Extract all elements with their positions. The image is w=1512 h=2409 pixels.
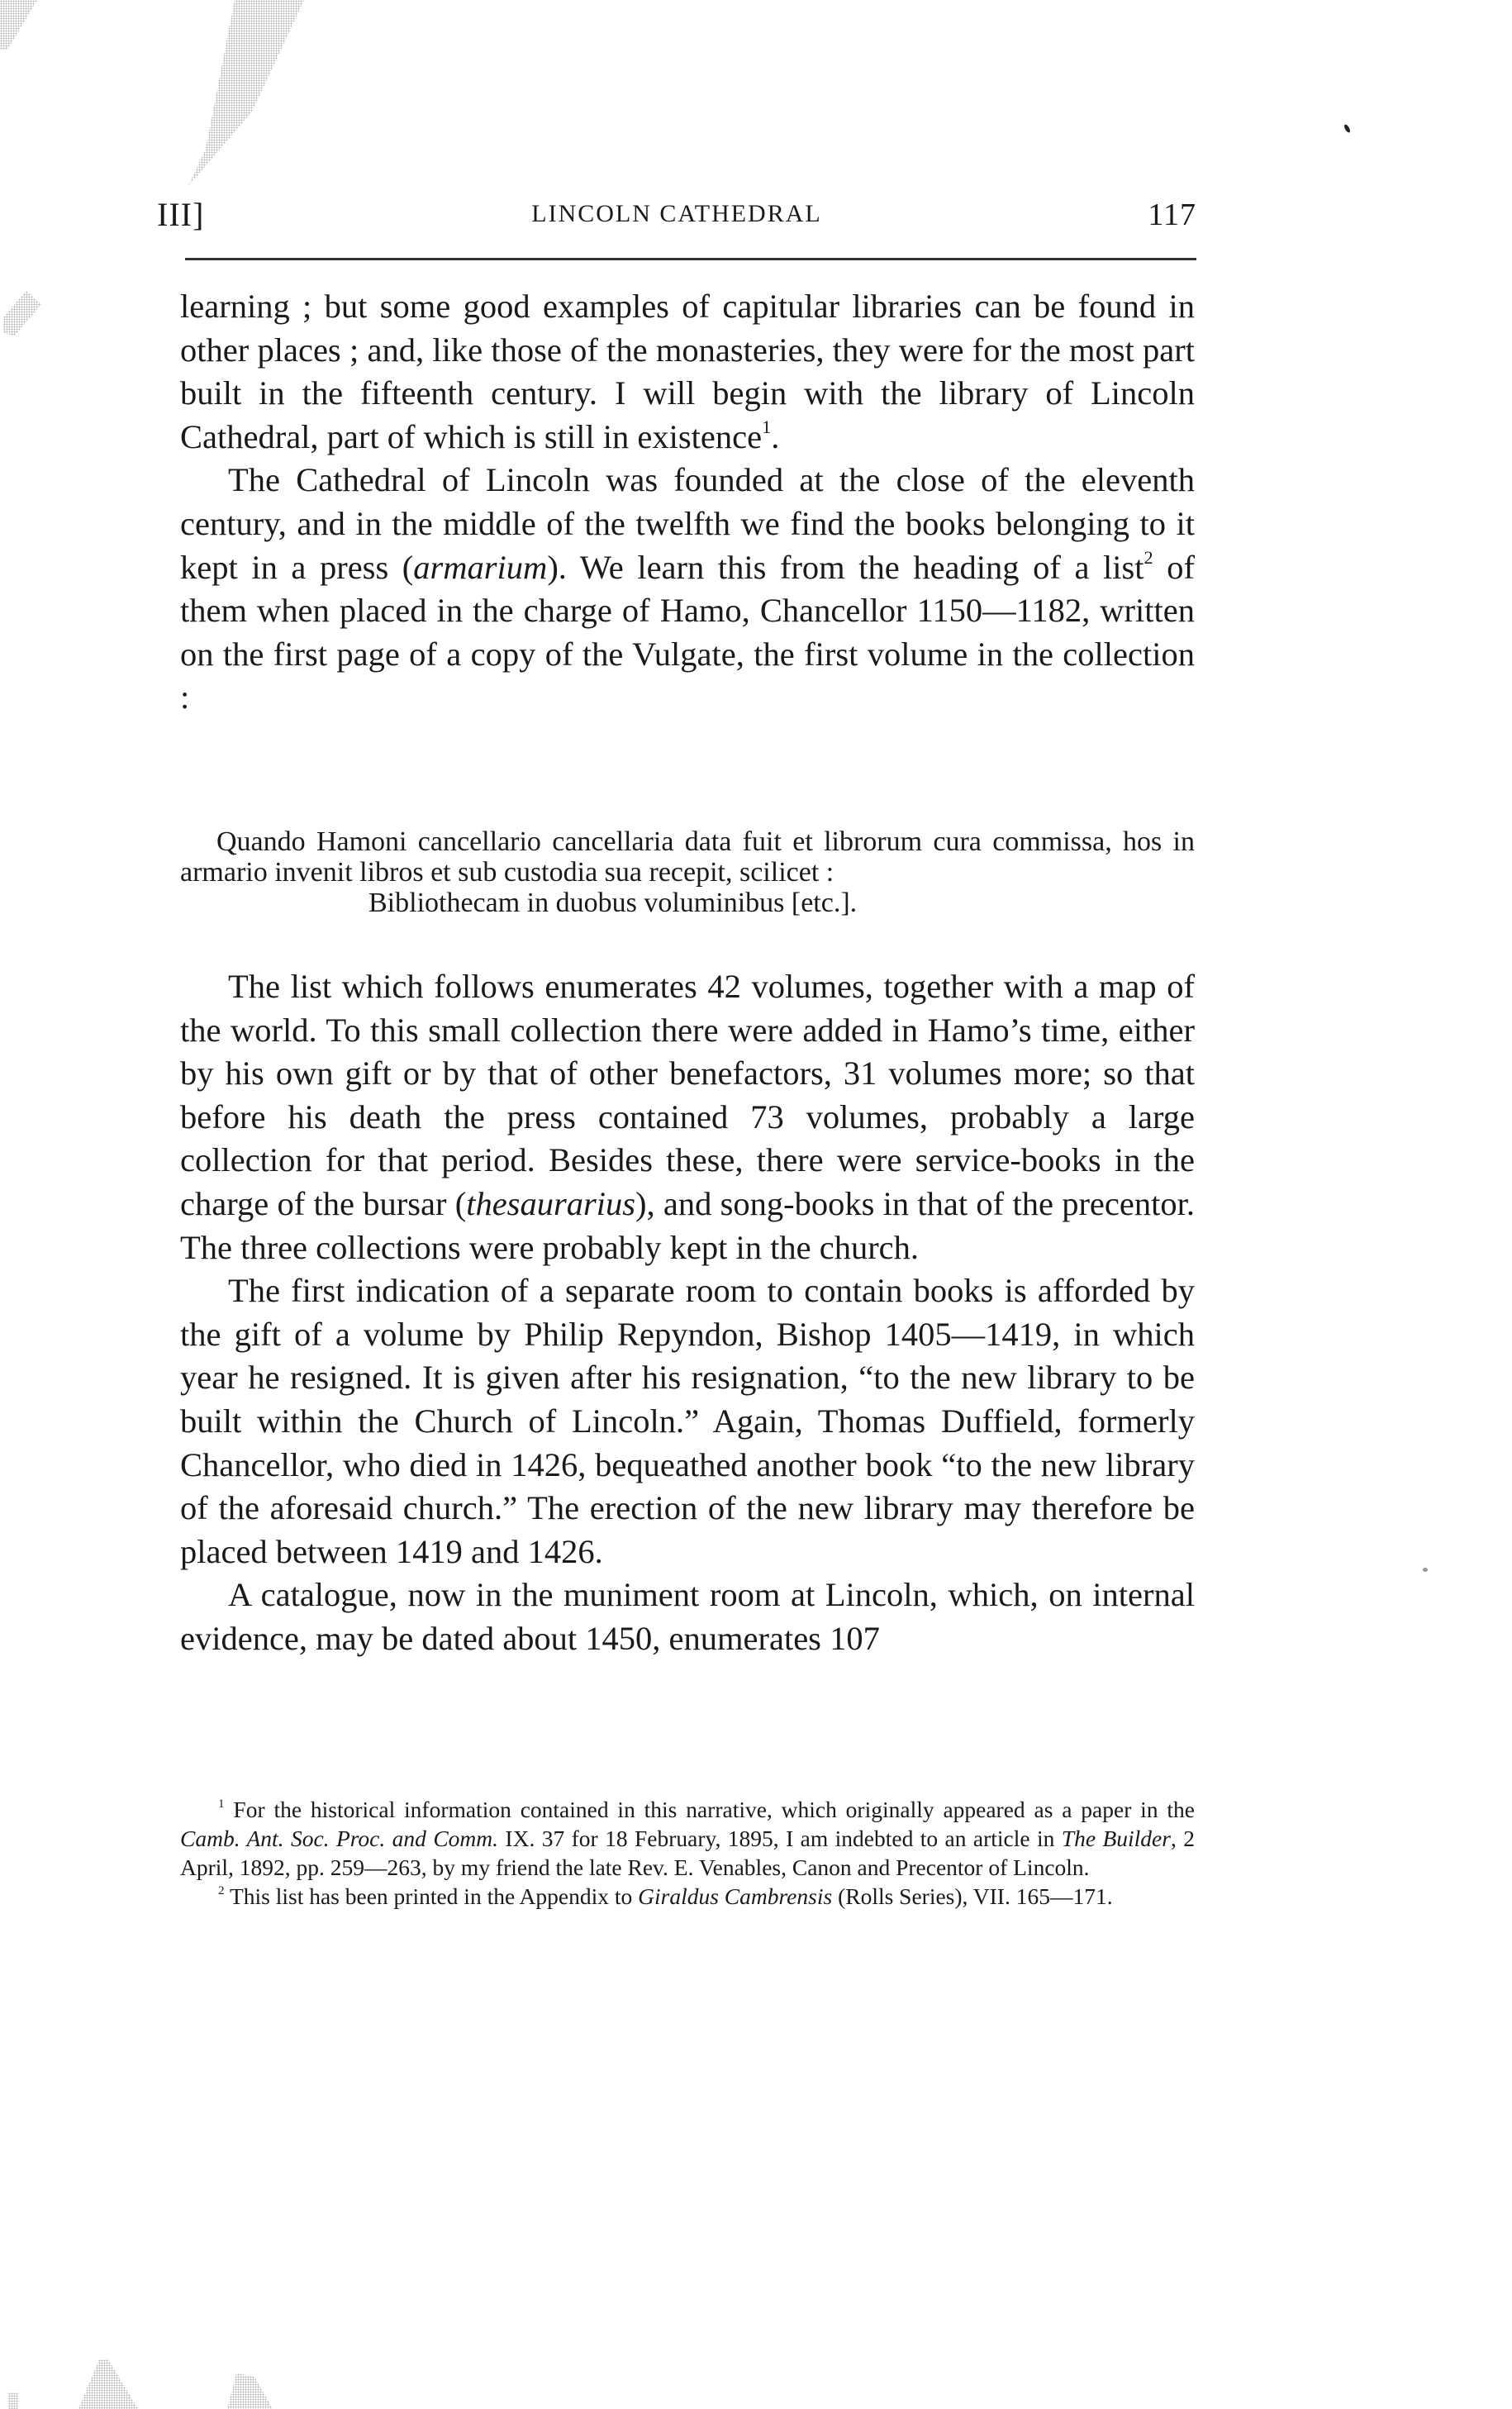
footnote-1-text-b: IX. 37 for 18 February, 1895, I am indeb… bbox=[498, 1826, 1062, 1851]
paragraph-3: The list which follows enumerates 42 vol… bbox=[180, 965, 1195, 1269]
paragraph-1-text: learning ; but some good examples of cap… bbox=[180, 288, 1195, 455]
scan-speck-top-right bbox=[1343, 123, 1352, 133]
scan-smudge-bottom-2 bbox=[78, 2359, 138, 2409]
scan-smudge-top bbox=[188, 0, 304, 186]
footnote-1-text-a: For the historical information contained… bbox=[233, 1797, 1195, 1822]
header-rule bbox=[185, 258, 1196, 260]
quotation-line-1: Quando Hamoni cancellario cancellaria da… bbox=[180, 826, 1195, 888]
running-title: LINCOLN CATHEDRAL bbox=[157, 200, 1196, 228]
scan-speck-right-margin bbox=[1423, 1568, 1428, 1572]
scan-smudge-top-left-edge bbox=[0, 0, 37, 50]
latin-quotation: Quando Hamoni cancellario cancellaria da… bbox=[180, 826, 1195, 918]
scan-smudge-left-margin bbox=[3, 291, 41, 336]
footnote-ref-2[interactable]: 2 bbox=[1144, 547, 1153, 568]
page-number: 117 bbox=[1148, 197, 1196, 233]
footnote-1-periodical-title: The Builder bbox=[1062, 1826, 1171, 1851]
body-text-lower: The list which follows enumerates 42 vol… bbox=[180, 965, 1195, 1661]
scan-smudge-bottom-1 bbox=[8, 2392, 18, 2409]
footnote-2-text-b: (Rolls Series), VII. 165—171. bbox=[832, 1883, 1112, 1909]
footnotes: 1 For the historical information contain… bbox=[180, 1795, 1195, 1911]
paragraph-3-italic-term: thesaurarius bbox=[466, 1185, 635, 1222]
quotation-line-2: Bibliothecam in duobus voluminibus [etc.… bbox=[180, 888, 1195, 918]
paragraph-2-italic-term: armarium bbox=[413, 549, 547, 586]
paragraph-5: A catalogue, now in the muniment room at… bbox=[180, 1573, 1195, 1660]
paragraph-4: The first indication of a separate room … bbox=[180, 1269, 1195, 1573]
footnote-2-marker: 2 bbox=[218, 1884, 225, 1897]
running-head: III] LINCOLN CATHEDRAL 117 bbox=[157, 195, 1196, 236]
footnote-2: 2 This list has been printed in the Appe… bbox=[180, 1882, 1195, 1911]
footnote-2-text-a: This list has been printed in the Append… bbox=[230, 1883, 638, 1909]
paragraph-1: learning ; but some good examples of cap… bbox=[180, 285, 1195, 459]
paragraph-1-tail: . bbox=[771, 418, 779, 455]
body-text-upper: learning ; but some good examples of cap… bbox=[180, 285, 1195, 720]
footnote-ref-1[interactable]: 1 bbox=[762, 417, 771, 437]
footnote-1-journal-title: Camb. Ant. Soc. Proc. and Comm. bbox=[180, 1826, 498, 1851]
paragraph-3-text-a: The list which follows enumerates 42 vol… bbox=[180, 968, 1195, 1222]
paragraph-2: The Cathedral of Lincoln was founded at … bbox=[180, 459, 1195, 720]
paragraph-2-text-b: ). We learn this from the heading of a l… bbox=[547, 549, 1144, 586]
footnote-2-book-title: Giraldus Cambrensis bbox=[638, 1883, 832, 1909]
footnote-1-marker: 1 bbox=[218, 1797, 225, 1811]
scan-smudge-bottom-3 bbox=[227, 2373, 273, 2409]
footnote-1: 1 For the historical information contain… bbox=[180, 1795, 1195, 1882]
